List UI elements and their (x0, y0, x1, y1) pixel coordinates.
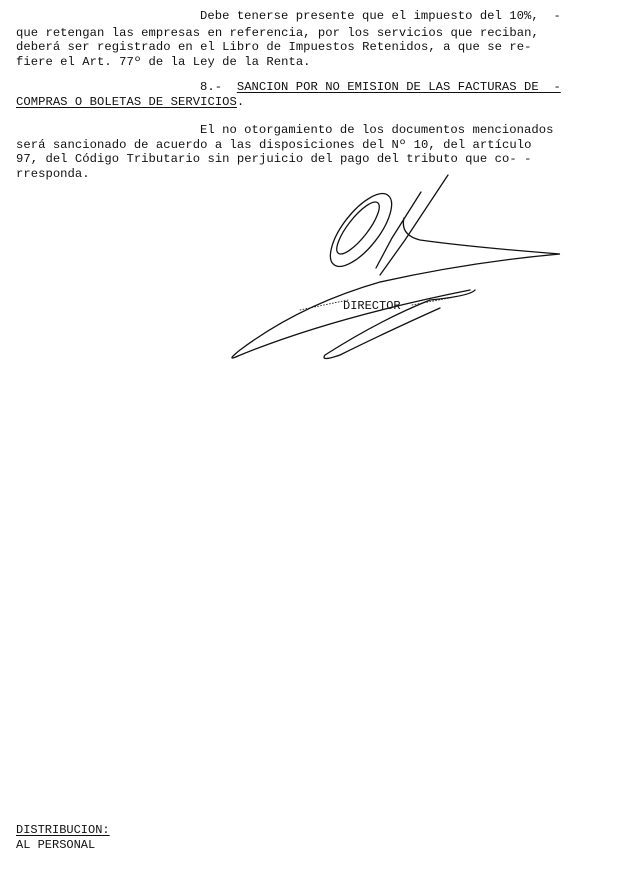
distribution-label: DISTRIBUCION: (16, 823, 110, 837)
signature-title: DIRECTOR (343, 299, 401, 313)
distribution-recipient: AL PERSONAL (16, 838, 95, 852)
signature-scribble-icon (0, 0, 630, 873)
